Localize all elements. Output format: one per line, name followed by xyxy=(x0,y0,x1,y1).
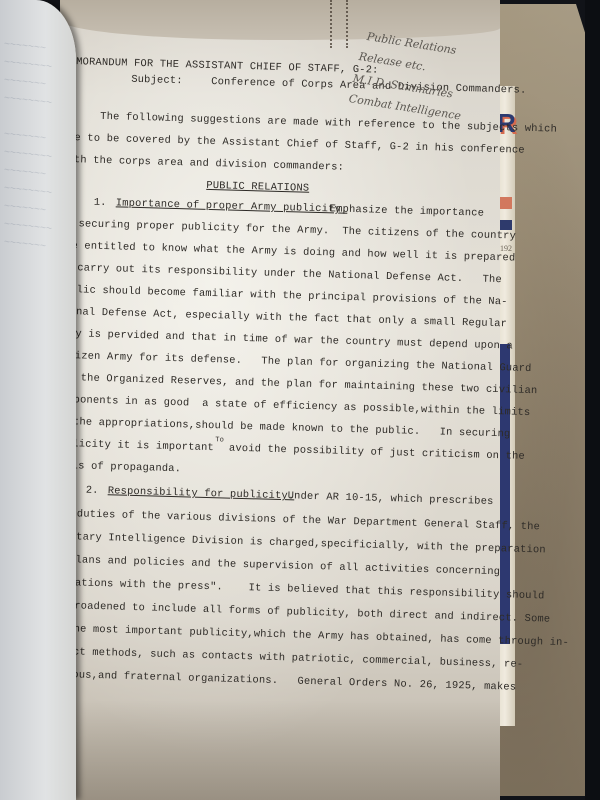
body-line: to carry out its responsibility under th… xyxy=(58,262,502,286)
page-top-fold xyxy=(60,0,500,40)
item-number: 1. xyxy=(94,197,107,209)
body-line: tional Defense Act, especially with the … xyxy=(57,306,508,331)
background-edge xyxy=(585,0,600,800)
intro-line: The following suggestions are made with … xyxy=(100,111,557,136)
binder-strip-blue-band xyxy=(498,220,512,230)
item-first-line: Emphasize the importance xyxy=(330,203,485,219)
binder-strip-red-band xyxy=(498,197,512,209)
body-line: ligious,and fraternal organizations. Gen… xyxy=(46,669,516,694)
body-line: are entitled to know what the Army is do… xyxy=(58,240,515,265)
previous-page-bleedthrough: ~~~~~~~ ~~~~~~~~ ~~~~~~~ ~~~~~~~~ ~~~~~~… xyxy=(4,37,70,684)
paperclip-mark xyxy=(330,0,348,48)
body-line: Army is pervided and that in time of war… xyxy=(56,328,513,353)
memo-heading: EMORANDUM FOR THE ASSISTANT CHIEF OF STA… xyxy=(70,56,379,77)
subject-label: Subject: xyxy=(131,74,183,87)
body-line: the duties of the various divisions of t… xyxy=(51,508,540,534)
body-line: be broadened to include all forms of pub… xyxy=(48,600,550,626)
body-line: avoid the possibility of just criticism … xyxy=(229,443,525,463)
page-shadow xyxy=(60,700,500,800)
handwritten-insertion: To xyxy=(215,436,224,444)
item-number: 2. xyxy=(86,485,99,497)
body-line: components in as good a state of efficie… xyxy=(54,394,530,419)
section-title: PUBLIC RELATIONS xyxy=(206,180,309,195)
item-first-line: Under AR 10-15, which prescribes xyxy=(288,490,494,508)
body-line: and the Organized Reserves, and the plan… xyxy=(55,372,538,397)
item-title: Importance of proper Army publicity. xyxy=(116,197,348,215)
body-line: public should become familiar with the p… xyxy=(57,284,508,309)
intro-line: with the corps area and division command… xyxy=(61,154,344,174)
body-line: citizen Army for its defense. The plan f… xyxy=(55,350,531,375)
body-line: direct methods, such as contacts with pa… xyxy=(47,646,523,671)
body-line: of the appropriations,should be made kno… xyxy=(54,416,511,441)
body-line: of securing proper publicity for the Arm… xyxy=(59,218,516,243)
body-line: of plans and policies and the supervisio… xyxy=(50,554,501,579)
body-line: Military Intelligence Division is charge… xyxy=(50,531,546,557)
body-line: "relations with the press". It is believ… xyxy=(49,577,545,603)
previous-page: ~~~~~~~ ~~~~~~~~ ~~~~~~~ ~~~~~~~~ ~~~~~~… xyxy=(0,0,76,800)
body-line: of the most important publicity,which th… xyxy=(48,623,569,650)
document-photo: R 192 EMORANDUM FOR THE ASSISTANT CHIEF … xyxy=(0,0,600,800)
item-title: Responsibility for publicity. xyxy=(108,485,295,502)
body-line: publicity it is important xyxy=(53,438,214,454)
typed-memo-page: EMORANDUM FOR THE ASSISTANT CHIEF OF STA… xyxy=(60,0,500,800)
intro-line: are to be covered by the Assistant Chief… xyxy=(61,132,525,157)
